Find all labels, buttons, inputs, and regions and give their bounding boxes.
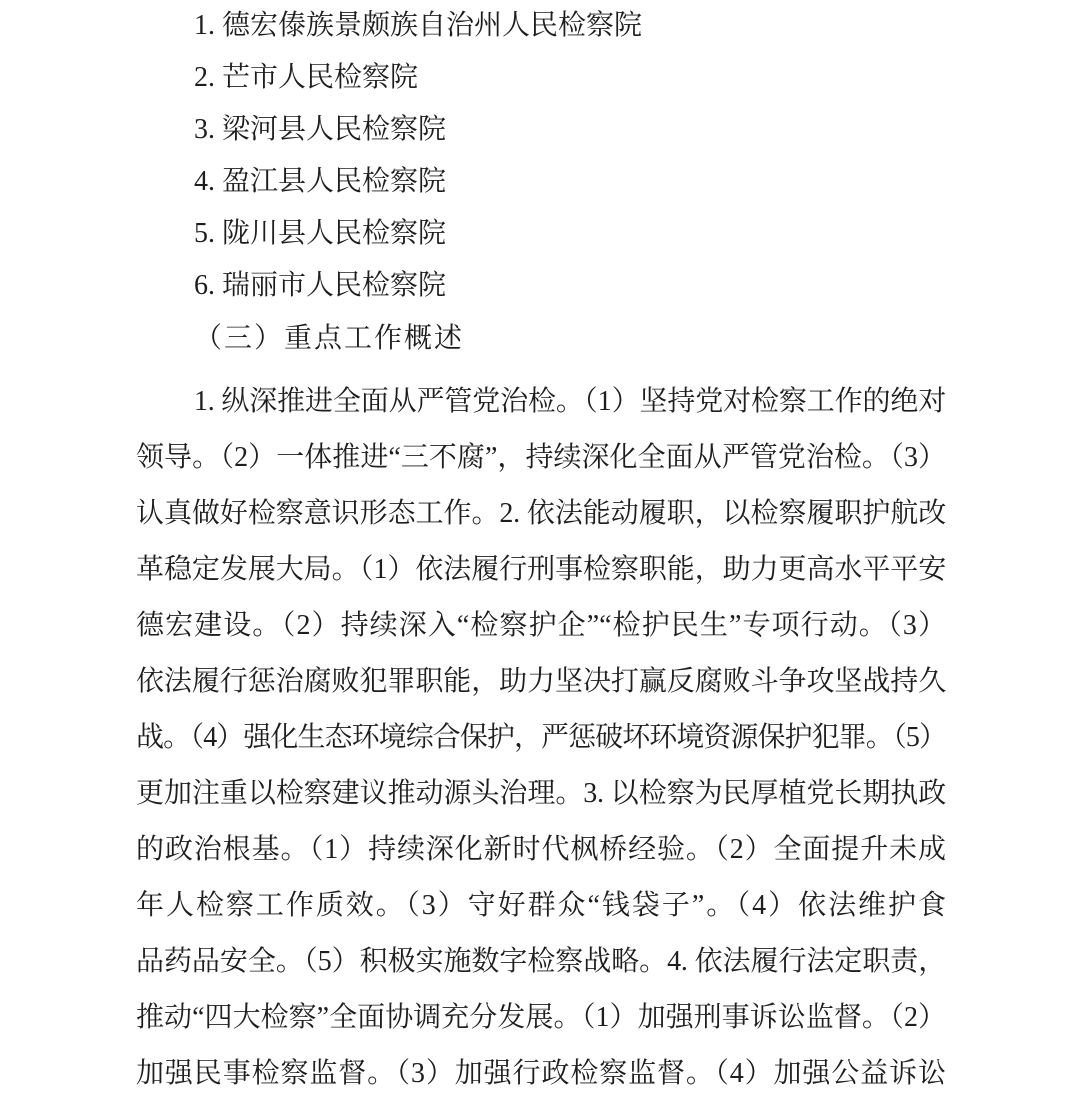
paragraph-line: 更加注重以检察建议推动源头治理。3. 以检察为民厚植党长期执政 xyxy=(136,766,946,822)
section-heading: （三）重点工作概述 xyxy=(136,312,946,365)
list-item: 5. 陇川县人民检察院 xyxy=(136,208,946,260)
paragraph-line: 加强民事检察监督。（3）加强行政检察监督。（4）加强公益诉讼 xyxy=(136,1046,946,1098)
paragraph-line: 战。（4）强化生态环境综合保护，严惩破坏环境资源保护犯罪。（5） xyxy=(136,710,946,766)
paragraph-line: 的政治根基。（1）持续深化新时代枫桥经验。（2）全面提升未成 xyxy=(136,822,946,878)
procuratorate-list: 1. 德宏傣族景颇族自治州人民检察院 2. 芒市人民检察院 3. 梁河县人民检察… xyxy=(136,0,946,312)
paragraph-line: 认真做好检察意识形态工作。2. 依法能动履职，以检察履职护航改 xyxy=(136,486,946,542)
document-body: 1. 德宏傣族景颇族自治州人民检察院 2. 芒市人民检察院 3. 梁河县人民检察… xyxy=(0,0,1074,1098)
paragraph-line: 德宏建设。（2）持续深入“检察护企”“检护民生”专项行动。（3） xyxy=(136,598,946,654)
list-item: 3. 梁河县人民检察院 xyxy=(136,104,946,156)
paragraph-line: 领导。（2）一体推进“三不腐”，持续深化全面从严管党治检。（3） xyxy=(136,430,946,486)
paragraph-line: 推动“四大检察”全面协调充分发展。（1）加强刑事诉讼监督。（2） xyxy=(136,990,946,1046)
paragraph-line: 1. 纵深推进全面从严管党治检。（1）坚持党对检察工作的绝对 xyxy=(136,374,946,430)
paragraph-line: 依法履行惩治腐败犯罪职能，助力坚决打赢反腐败斗争攻坚战持久 xyxy=(136,654,946,710)
paragraph-line: 革稳定发展大局。（1）依法履行刑事检察职能，助力更高水平平安 xyxy=(136,542,946,598)
paragraph-line: 品药品安全。（5）积极实施数字检察战略。4. 依法履行法定职责， xyxy=(136,934,946,990)
list-item: 6. 瑞丽市人民检察院 xyxy=(136,260,946,312)
list-item: 2. 芒市人民检察院 xyxy=(136,52,946,104)
paragraph-line: 年人检察工作质效。（3）守好群众“钱袋子”。（4）依法维护食 xyxy=(136,878,946,934)
document-page: 1. 德宏傣族景颇族自治州人民检察院 2. 芒市人民检察院 3. 梁河县人民检察… xyxy=(0,0,1074,1098)
body-paragraph: 1. 纵深推进全面从严管党治检。（1）坚持党对检察工作的绝对 领导。（2）一体推… xyxy=(136,374,946,1098)
list-item: 4. 盈江县人民检察院 xyxy=(136,156,946,208)
list-item: 1. 德宏傣族景颇族自治州人民检察院 xyxy=(136,0,946,52)
